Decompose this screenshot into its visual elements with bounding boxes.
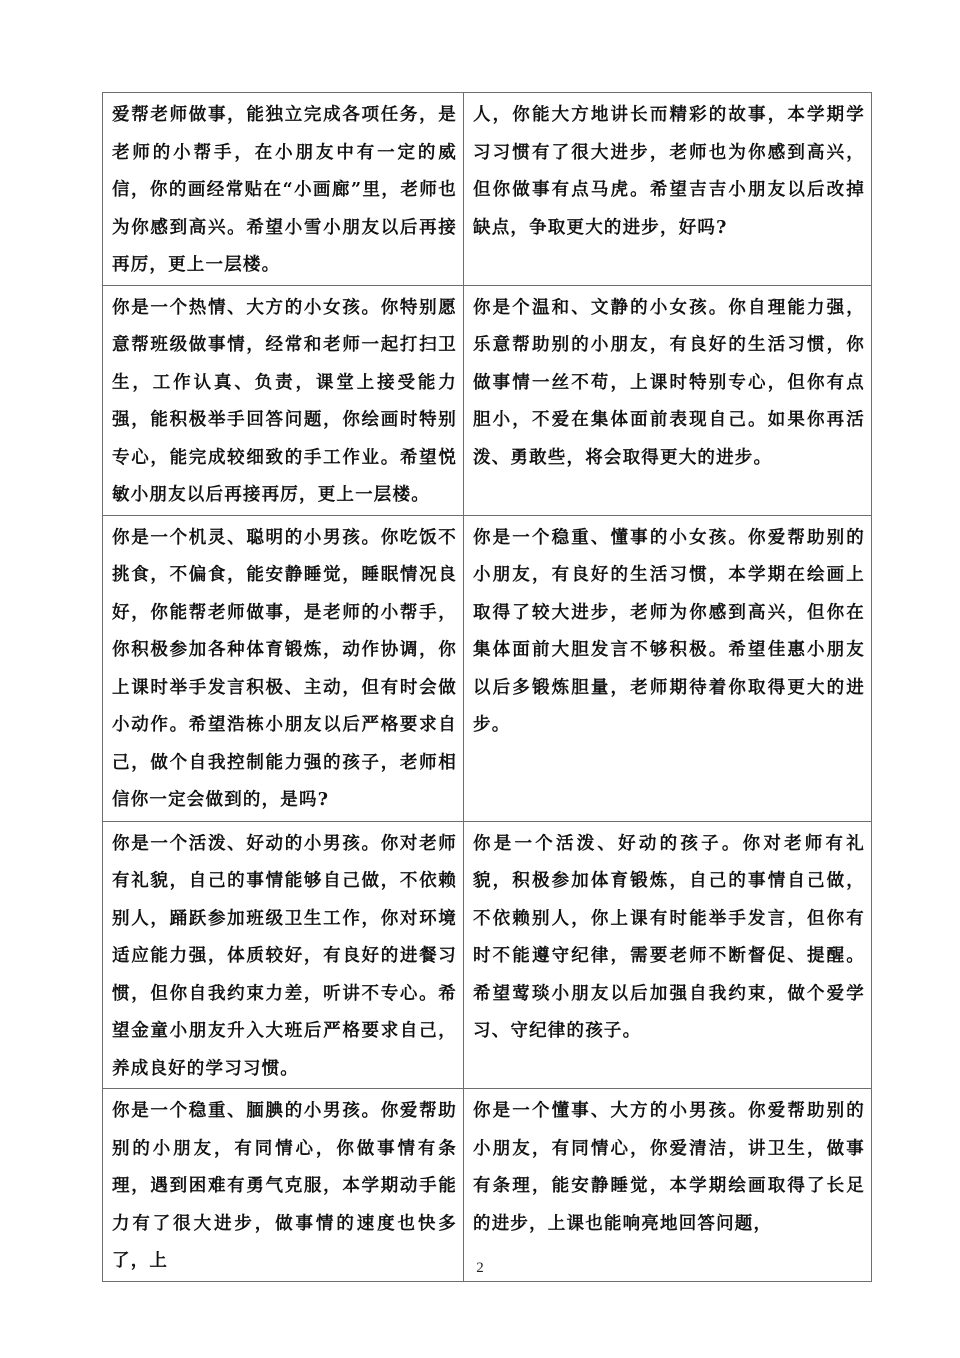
document-page: 爱帮老师做事，能独立完成各项任务，是老师的小帮手，在小朋友中有一定的威信，你的画… <box>0 0 960 1358</box>
table-row: 你是一个热情、大方的小女孩。你特别愿意帮班级做事情，经常和老师一起打扫卫生，工作… <box>103 285 872 515</box>
comment-cell: 你是一个活泼、好动的孩子。你对老师有礼貌，积极参加体育锻炼，自己的事情自己做，不… <box>464 821 872 1089</box>
comment-cell: 你是一个稳重、腼腆的小男孩。你爱帮助别的小朋友，有同情心，你做事情有条理，遇到困… <box>103 1089 464 1282</box>
comment-cell: 你是一个活泼、好动的小男孩。你对老师有礼貌，自己的事情能够自己做，不依赖别人，踊… <box>103 821 464 1089</box>
comment-cell: 爱帮老师做事，能独立完成各项任务，是老师的小帮手，在小朋友中有一定的威信，你的画… <box>103 93 464 286</box>
table-row: 你是一个活泼、好动的小男孩。你对老师有礼貌，自己的事情能够自己做，不依赖别人，踊… <box>103 821 872 1089</box>
comment-cell: 你是一个热情、大方的小女孩。你特别愿意帮班级做事情，经常和老师一起打扫卫生，工作… <box>103 285 464 515</box>
table-row: 你是一个稳重、腼腆的小男孩。你爱帮助别的小朋友，有同情心，你做事情有条理，遇到困… <box>103 1089 872 1282</box>
comment-cell: 你是一个懂事、大方的小男孩。你爱帮助别的小朋友，有同情心，你爱清洁，讲卫生，做事… <box>464 1089 872 1282</box>
comment-cell: 你是一个机灵、聪明的小男孩。你吃饭不挑食，不偏食，能安静睡觉，睡眠情况良好，你能… <box>103 515 464 821</box>
table-row: 你是一个机灵、聪明的小男孩。你吃饭不挑食，不偏食，能安静睡觉，睡眠情况良好，你能… <box>103 515 872 821</box>
comment-cell: 你是个温和、文静的小女孩。你自理能力强，乐意帮助别的小朋友，有良好的生活习惯，你… <box>464 285 872 515</box>
comments-table: 爱帮老师做事，能独立完成各项任务，是老师的小帮手，在小朋友中有一定的威信，你的画… <box>102 92 872 1282</box>
page-number: 2 <box>0 1260 960 1277</box>
comment-cell: 人，你能大方地讲长而精彩的故事，本学期学习习惯有了很大进步，老师也为你感到高兴，… <box>464 93 872 286</box>
table-row: 爱帮老师做事，能独立完成各项任务，是老师的小帮手，在小朋友中有一定的威信，你的画… <box>103 93 872 286</box>
comment-cell: 你是一个稳重、懂事的小女孩。你爱帮助别的小朋友，有良好的生活习惯，本学期在绘画上… <box>464 515 872 821</box>
